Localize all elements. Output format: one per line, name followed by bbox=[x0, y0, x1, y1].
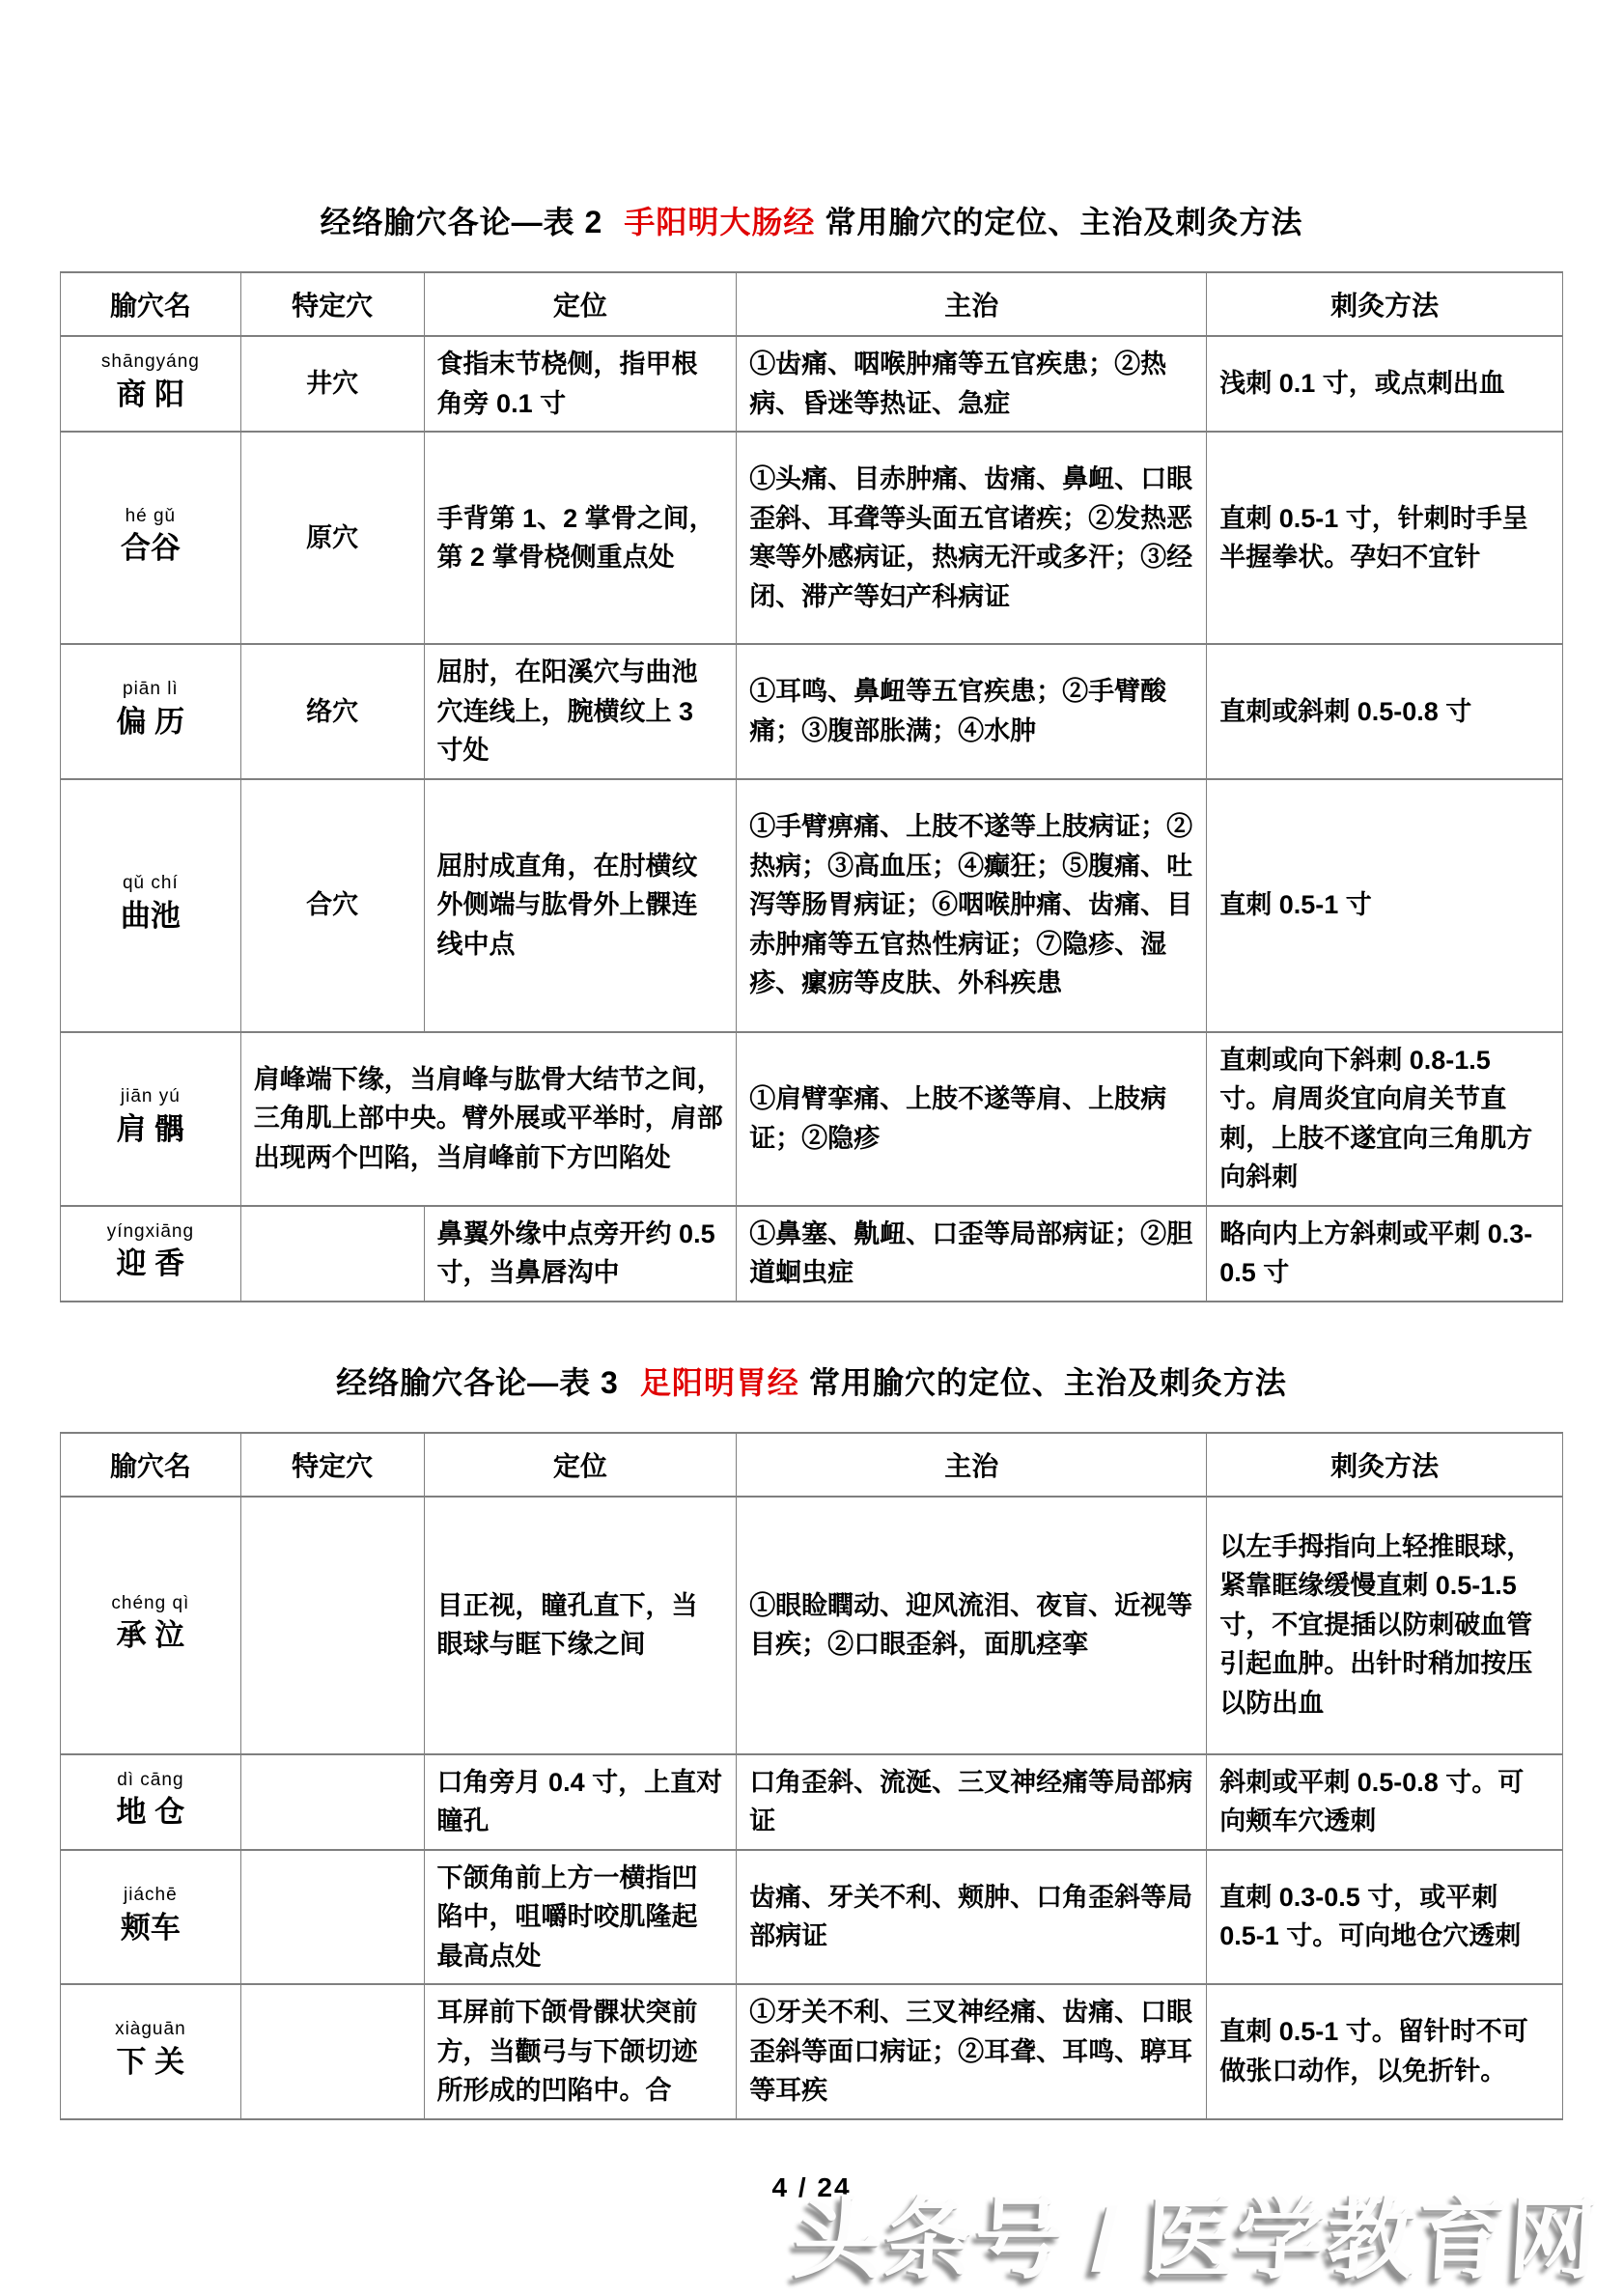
table3-title-suffix: 常用腧穴的定位、主治及刺灸方法 bbox=[809, 1365, 1287, 1400]
large-intestine-meridian-table: 腧穴名 特定穴 定位 主治 刺灸方法 shāngyáng 商 阳 井穴 食指末节… bbox=[60, 271, 1563, 1302]
location-cell: 口角旁月 0.4 寸，上直对瞳孔 bbox=[424, 1754, 737, 1850]
point-hanzi: 偏 历 bbox=[73, 701, 228, 744]
indications-cell: ①齿痛、咽喉肿痛等五官疾患；②热病、昏迷等热证、急症 bbox=[737, 336, 1207, 432]
col-header-location: 定位 bbox=[424, 272, 737, 336]
special-point-cell bbox=[240, 1206, 424, 1302]
table2-title-meridian: 手阳明大肠经 bbox=[624, 205, 815, 239]
location-cell: 耳屏前下颌骨髁状突前方，当颧弓与下颌切迹所形成的凹陷中。合 bbox=[424, 1984, 737, 2119]
table2-title: 经络腧穴各论—表 2手阳明大肠经常用腧穴的定位、主治及刺灸方法 bbox=[60, 0, 1563, 242]
point-pinyin: jiān yú bbox=[73, 1085, 228, 1108]
indications-cell: ①肩臂挛痛、上肢不遂等肩、上肢病证；②隐疹 bbox=[737, 1032, 1207, 1206]
method-cell: 直刺 0.5-1 寸 bbox=[1207, 779, 1563, 1032]
table-row-dicang: dì cāng 地 仓 口角旁月 0.4 寸，上直对瞳孔 口角歪斜、流涎、三叉神… bbox=[61, 1754, 1563, 1850]
table-row-chengqi: chéng qì 承 泣 目正视，瞳孔直下，当眼球与眶下缘之间 ①眼睑瞤动、迎风… bbox=[61, 1497, 1563, 1754]
col-header-special-point: 特定穴 bbox=[240, 1433, 424, 1497]
col-header-point-name: 腧穴名 bbox=[61, 272, 241, 336]
location-cell: 下颌角前上方一横指凹陷中，咀嚼时咬肌隆起最高点处 bbox=[424, 1850, 737, 1985]
point-hanzi: 颊车 bbox=[73, 1907, 228, 1950]
indications-cell: ①牙关不利、三叉神经痛、齿痛、口眼歪斜等面口病证；②耳聋、耳鸣、聤耳等耳疾 bbox=[737, 1984, 1207, 2119]
table3-title: 经络腧穴各论—表 3足阳明胃经常用腧穴的定位、主治及刺灸方法 bbox=[60, 1302, 1563, 1403]
header-row: 腧穴名 特定穴 定位 主治 刺灸方法 bbox=[61, 1433, 1563, 1497]
indications-cell: ①手臂痹痛、上肢不遂等上肢病证；②热病；③高血压；④癫狂；⑤腹痛、吐泻等肠胃病证… bbox=[737, 779, 1207, 1032]
point-pinyin: piān lì bbox=[73, 678, 228, 701]
method-cell: 浅刺 0.1 寸，或点刺出血 bbox=[1207, 336, 1563, 432]
point-name-cell: chéng qì 承 泣 bbox=[61, 1497, 241, 1754]
point-pinyin: dì cāng bbox=[73, 1769, 228, 1792]
point-pinyin: shāngyáng bbox=[73, 350, 228, 374]
location-cell: 鼻翼外缘中点旁开约 0.5 寸，当鼻唇沟中 bbox=[424, 1206, 737, 1302]
special-point-cell bbox=[240, 1497, 424, 1754]
table3-title-meridian: 足阳明胃经 bbox=[640, 1365, 799, 1400]
col-header-indications: 主治 bbox=[737, 272, 1207, 336]
watermark-text: 头条号 / 医学教育网 bbox=[791, 2169, 1604, 2296]
table-row-xiaguan: xiàguān 下 关 耳屏前下颌骨髁状突前方，当颧弓与下颌切迹所形成的凹陷中。… bbox=[61, 1984, 1563, 2119]
point-pinyin: jiáchē bbox=[73, 1884, 228, 1907]
method-cell: 直刺 0.5-1 寸。留针时不可做张口动作，以免折针。 bbox=[1207, 1984, 1563, 2119]
table-row-pianli: piān lì 偏 历 络穴 屈肘，在阳溪穴与曲池穴连线上，腕横纹上 3 寸处 … bbox=[61, 644, 1563, 779]
point-hanzi: 地 仓 bbox=[73, 1791, 228, 1834]
special-point-cell: 合穴 bbox=[240, 779, 424, 1032]
header-row: 腧穴名 特定穴 定位 主治 刺灸方法 bbox=[61, 272, 1563, 336]
location-cell: 食指末节桡侧，指甲根角旁 0.1 寸 bbox=[424, 336, 737, 432]
point-name-cell: dì cāng 地 仓 bbox=[61, 1754, 241, 1850]
document-page: 经络腧穴各论—表 2手阳明大肠经常用腧穴的定位、主治及刺灸方法 腧穴名 特定穴 … bbox=[0, 0, 1623, 2296]
point-name-cell: jiáchē 颊车 bbox=[61, 1850, 241, 1985]
point-name-cell: yíngxiāng 迎 香 bbox=[61, 1206, 241, 1302]
method-cell: 直刺或斜刺 0.5-0.8 寸 bbox=[1207, 644, 1563, 779]
document-sheet: 经络腧穴各论—表 2手阳明大肠经常用腧穴的定位、主治及刺灸方法 腧穴名 特定穴 … bbox=[0, 0, 1623, 2203]
table2-title-suffix: 常用腧穴的定位、主治及刺灸方法 bbox=[825, 205, 1302, 239]
point-pinyin: qǔ chí bbox=[73, 872, 228, 895]
col-header-method: 刺灸方法 bbox=[1207, 1433, 1563, 1497]
table3-title-prefix: 经络腧穴各论—表 3 bbox=[336, 1365, 619, 1400]
special-point-cell bbox=[240, 1850, 424, 1985]
point-pinyin: chéng qì bbox=[73, 1592, 228, 1615]
method-cell: 略向内上方斜刺或平刺 0.3-0.5 寸 bbox=[1207, 1206, 1563, 1302]
point-name-cell: xiàguān 下 关 bbox=[61, 1984, 241, 2119]
special-point-cell bbox=[240, 1984, 424, 2119]
point-name-cell: qǔ chí 曲池 bbox=[61, 779, 241, 1032]
method-cell: 直刺或向下斜刺 0.8-1.5 寸。肩周炎宜向肩关节直刺，上肢不遂宜向三角肌方向… bbox=[1207, 1032, 1563, 1206]
location-cell: 屈肘，在阳溪穴与曲池穴连线上，腕横纹上 3 寸处 bbox=[424, 644, 737, 779]
special-point-cell: 原穴 bbox=[240, 432, 424, 644]
method-cell: 以左手拇指向上轻推眼球，紧靠眶缘缓慢直刺 0.5-1.5 寸，不宜提插以防刺破血… bbox=[1207, 1497, 1563, 1754]
special-point-cell bbox=[240, 1754, 424, 1850]
point-pinyin: xiàguān bbox=[73, 2018, 228, 2041]
location-cell: 手背第 1、2 掌骨之间，第 2 掌骨桡侧重点处 bbox=[424, 432, 737, 644]
point-name-cell: piān lì 偏 历 bbox=[61, 644, 241, 779]
table-row-quchi: qǔ chí 曲池 合穴 屈肘成直角，在肘横纹外侧端与肱骨外上髁连线中点 ①手臂… bbox=[61, 779, 1563, 1032]
stomach-meridian-table: 腧穴名 特定穴 定位 主治 刺灸方法 chéng qì 承 泣 目正视，瞳孔直下… bbox=[60, 1432, 1563, 2120]
table-row-jianyu: jiān yú 肩 髃 肩峰端下缘，当肩峰与肱骨大结节之间，三角肌上部中央。臂外… bbox=[61, 1032, 1563, 1206]
indications-cell: ①头痛、目赤肿痛、齿痛、鼻衄、口眼歪斜、耳聋等头面五官诸疾；②发热恶寒等外感病证… bbox=[737, 432, 1207, 644]
point-name-cell: hé gǔ 合谷 bbox=[61, 432, 241, 644]
point-name-cell: jiān yú 肩 髃 bbox=[61, 1032, 241, 1206]
indications-cell: ①耳鸣、鼻衄等五官疾患；②手臂酸痛；③腹部胀满；④水肿 bbox=[737, 644, 1207, 779]
indications-cell: ①鼻塞、鼽衄、口歪等局部病证；②胆道蛔虫症 bbox=[737, 1206, 1207, 1302]
indications-cell: 口角歪斜、流涎、三叉神经痛等局部病证 bbox=[737, 1754, 1207, 1850]
method-cell: 直刺 0.5-1 寸，针刺时手呈半握拳状。孕妇不宜针 bbox=[1207, 432, 1563, 644]
location-cell-merged: 肩峰端下缘，当肩峰与肱骨大结节之间，三角肌上部中央。臂外展或平举时，肩部出现两个… bbox=[240, 1032, 736, 1206]
table-row-jiache: jiáchē 颊车 下颌角前上方一横指凹陷中，咀嚼时咬肌隆起最高点处 齿痛、牙关… bbox=[61, 1850, 1563, 1985]
point-pinyin: hé gǔ bbox=[73, 505, 228, 528]
location-cell: 屈肘成直角，在肘横纹外侧端与肱骨外上髁连线中点 bbox=[424, 779, 737, 1032]
table-row-shangyang: shāngyáng 商 阳 井穴 食指末节桡侧，指甲根角旁 0.1 寸 ①齿痛、… bbox=[61, 336, 1563, 432]
location-cell: 目正视，瞳孔直下，当眼球与眶下缘之间 bbox=[424, 1497, 737, 1754]
col-header-method: 刺灸方法 bbox=[1207, 272, 1563, 336]
col-header-indications: 主治 bbox=[737, 1433, 1207, 1497]
point-hanzi: 承 泣 bbox=[73, 1614, 228, 1658]
table-row-yingxiang: yíngxiāng 迎 香 鼻翼外缘中点旁开约 0.5 寸，当鼻唇沟中 ①鼻塞、… bbox=[61, 1206, 1563, 1302]
col-header-point-name: 腧穴名 bbox=[61, 1433, 241, 1497]
indications-cell: ①眼睑瞤动、迎风流泪、夜盲、近视等目疾；②口眼歪斜，面肌痉挛 bbox=[737, 1497, 1207, 1754]
indications-cell: 齿痛、牙关不利、颊肿、口角歪斜等局部病证 bbox=[737, 1850, 1207, 1985]
method-cell: 直刺 0.3-0.5 寸，或平刺 0.5-1 寸。可向地仓穴透刺 bbox=[1207, 1850, 1563, 1985]
point-hanzi: 曲池 bbox=[73, 895, 228, 938]
point-pinyin: yíngxiāng bbox=[73, 1220, 228, 1244]
table-row-hegu: hé gǔ 合谷 原穴 手背第 1、2 掌骨之间，第 2 掌骨桡侧重点处 ①头痛… bbox=[61, 432, 1563, 644]
special-point-cell: 井穴 bbox=[240, 336, 424, 432]
col-header-location: 定位 bbox=[424, 1433, 737, 1497]
col-header-special-point: 特定穴 bbox=[240, 272, 424, 336]
point-hanzi: 迎 香 bbox=[73, 1243, 228, 1286]
method-cell: 斜刺或平刺 0.5-0.8 寸。可向颊车穴透刺 bbox=[1207, 1754, 1563, 1850]
point-hanzi: 下 关 bbox=[73, 2041, 228, 2085]
point-name-cell: shāngyáng 商 阳 bbox=[61, 336, 241, 432]
point-hanzi: 商 阳 bbox=[73, 374, 228, 417]
point-hanzi: 合谷 bbox=[73, 527, 228, 571]
point-hanzi: 肩 髃 bbox=[73, 1108, 228, 1152]
special-point-cell: 络穴 bbox=[240, 644, 424, 779]
table2-title-prefix: 经络腧穴各论—表 2 bbox=[321, 205, 603, 239]
